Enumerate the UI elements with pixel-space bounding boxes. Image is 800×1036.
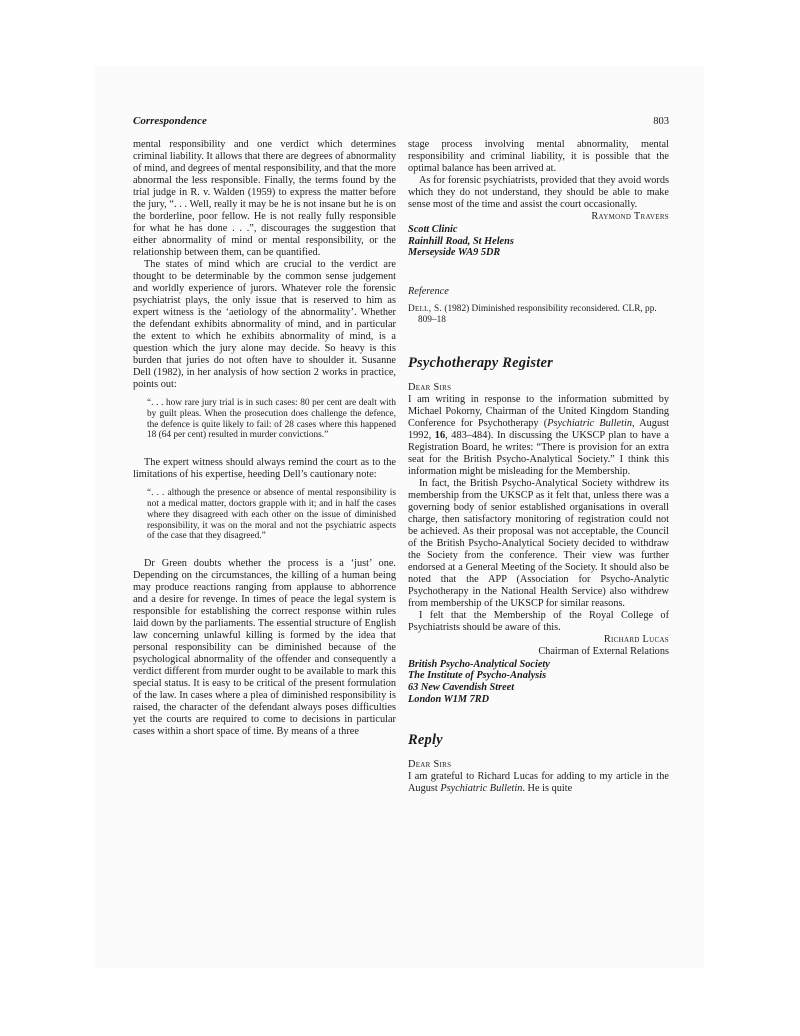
reference-text: (1982) Diminished responsibility reconsi… <box>418 304 657 325</box>
author-address: Scott Clinic Rainhill Road, St Helens Me… <box>408 224 669 259</box>
left-column: mental responsibility and one verdict wh… <box>133 139 396 738</box>
address-line: Scott Clinic <box>408 224 669 236</box>
salutation: Dear Sirs <box>408 382 669 394</box>
signature-name: Richard Lucas <box>604 634 669 645</box>
reference-entry: Dell, S. (1982) Diminished responsibilit… <box>408 304 669 326</box>
paragraph: The expert witness should always remind … <box>133 457 396 481</box>
page-number: 803 <box>653 116 669 127</box>
reference-heading: Reference <box>408 286 669 297</box>
paragraph-continuation: stage process involving mental abnormali… <box>408 139 669 175</box>
address-line: The Institute of Psycho-Analysis <box>408 670 669 682</box>
address-line: London W1M 7RD <box>408 694 669 706</box>
paragraph: The states of mind which are crucial to … <box>133 259 396 391</box>
reply-title: Reply <box>408 732 669 749</box>
salutation: Dear Sirs <box>408 759 669 771</box>
paragraph: Dr Green doubts whether the process is a… <box>133 558 396 738</box>
paragraph: As for forensic psychiatrists, provided … <box>408 175 669 211</box>
journal-name: Psychiatric Bulletin <box>547 418 632 429</box>
right-column: stage process involving mental abnormali… <box>408 139 669 795</box>
journal-name: Psychiatric Bulletin <box>440 783 522 794</box>
scan-background: Correspondence 803 mental responsibility… <box>0 0 800 1036</box>
paragraph-text: . He is quite <box>522 783 572 794</box>
journal-page: Correspondence 803 mental responsibility… <box>95 65 704 968</box>
letter-signature: Raymond Travers <box>408 211 669 223</box>
reference-author: Dell, S. <box>408 304 442 314</box>
author-address: British Psycho-Analytical Society The In… <box>408 659 669 705</box>
volume-number: 16 <box>435 430 445 441</box>
page-header: Correspondence 803 <box>133 115 669 127</box>
signature-role: Chairman of External Relations <box>408 646 669 658</box>
letter-title: Psychotherapy Register <box>408 355 669 372</box>
paragraph: I am grateful to Richard Lucas for addin… <box>408 771 669 795</box>
paragraph: In fact, the British Psycho-Analytical S… <box>408 478 669 610</box>
running-header: Correspondence <box>133 115 207 127</box>
paragraph: I am writing in response to the informat… <box>408 394 669 478</box>
letter-signature: Richard Lucas <box>408 634 669 646</box>
signature-name: Raymond Travers <box>591 211 669 222</box>
address-line: Merseyside WA9 5DR <box>408 247 669 259</box>
paragraph-continuation: mental responsibility and one verdict wh… <box>133 139 396 259</box>
paragraph-text: , 483–484). In discussing the UKSCP plan… <box>408 430 669 477</box>
address-line: 63 New Cavendish Street <box>408 682 669 694</box>
block-quote: “. . . how rare jury trial is in such ca… <box>147 398 396 441</box>
block-quote: “. . . although the presence or absence … <box>147 488 396 542</box>
address-line: Rainhill Road, St Helens <box>408 236 669 248</box>
paragraph: I felt that the Membership of the Royal … <box>408 610 669 634</box>
address-line: British Psycho-Analytical Society <box>408 659 669 671</box>
